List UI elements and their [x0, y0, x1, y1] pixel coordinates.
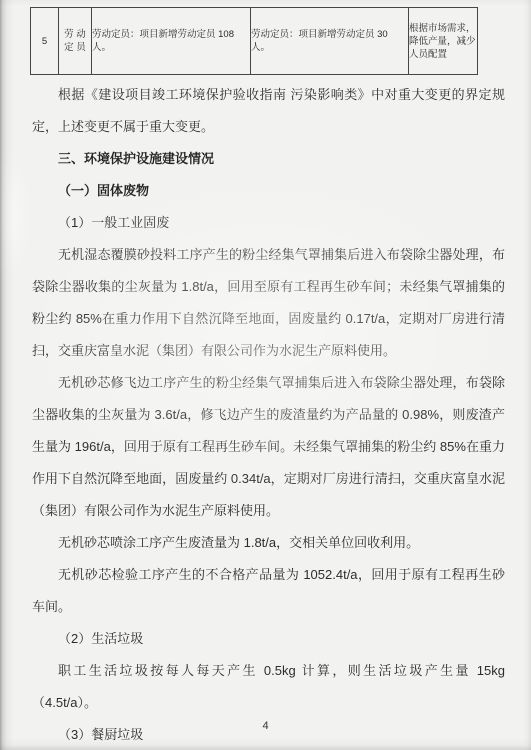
- paragraph-trimming-process-dust: 无机砂芯修飞边工序产生的粉尘经集气罩捕集后进入布袋除尘器处理，布袋除尘器收集的尘…: [32, 367, 505, 527]
- paragraph-feeding-process-dust: 无机湿态覆膜砂投料工序产生的粉尘经集气罩捕集后进入布袋除尘器处理，布袋除尘器收集…: [32, 239, 505, 367]
- item-heading-general-industrial-waste: （1）一般工业固废: [32, 207, 505, 239]
- subsection-heading-solid-waste: （一）固体废物: [32, 175, 505, 207]
- page-number: 4: [0, 720, 531, 732]
- section-heading-env-facilities: 三、环境保护设施建设情况: [32, 143, 505, 175]
- paragraph-spraying-process-residue: 无机砂芯喷涂工序产生废渣量为 1.8t/a，交相关单位回收利用。: [32, 527, 505, 559]
- document-body: 根据《建设项目竣工环境保护验收指南 污染影响类》中对重大变更的界定规定，上述变更…: [0, 79, 531, 750]
- table-cell-category: 劳 动 定 员: [59, 8, 92, 75]
- table-cell-seq: 5: [31, 8, 59, 75]
- table-cell-original-plan: 劳动定员：项目新增劳动定员 108 人。: [92, 8, 251, 75]
- paragraph-change-conclusion: 根据《建设项目竣工环境保护验收指南 污染影响类》中对重大变更的界定规定，上述变更…: [32, 79, 505, 143]
- item-heading-domestic-garbage: （2）生活垃圾: [32, 623, 505, 655]
- change-comparison-table: 5 劳 动 定 员 劳动定员：项目新增劳动定员 108 人。 劳动定员：项目新增…: [30, 7, 478, 75]
- paragraph-domestic-garbage: 职工生活垃圾按每人每天产生 0.5kg 计算，则生活垃圾产生量 15kg（4.5…: [32, 655, 505, 719]
- table-row: 5 劳 动 定 员 劳动定员：项目新增劳动定员 108 人。 劳动定员：项目新增…: [31, 8, 478, 75]
- paragraph-inspection-rejects: 无机砂芯检验工序产生的不合格产品量为 1052.4t/a，回用于原有工程再生砂车…: [32, 559, 505, 623]
- table-cell-reason: 根据市场需求， 降低产量，减少 人员配置: [409, 8, 478, 75]
- scanned-page: 5 劳 动 定 员 劳动定员：项目新增劳动定员 108 人。 劳动定员：项目新增…: [0, 0, 531, 750]
- table-cell-actual: 劳动定员：项目新增劳动定员 30 人。: [251, 8, 409, 75]
